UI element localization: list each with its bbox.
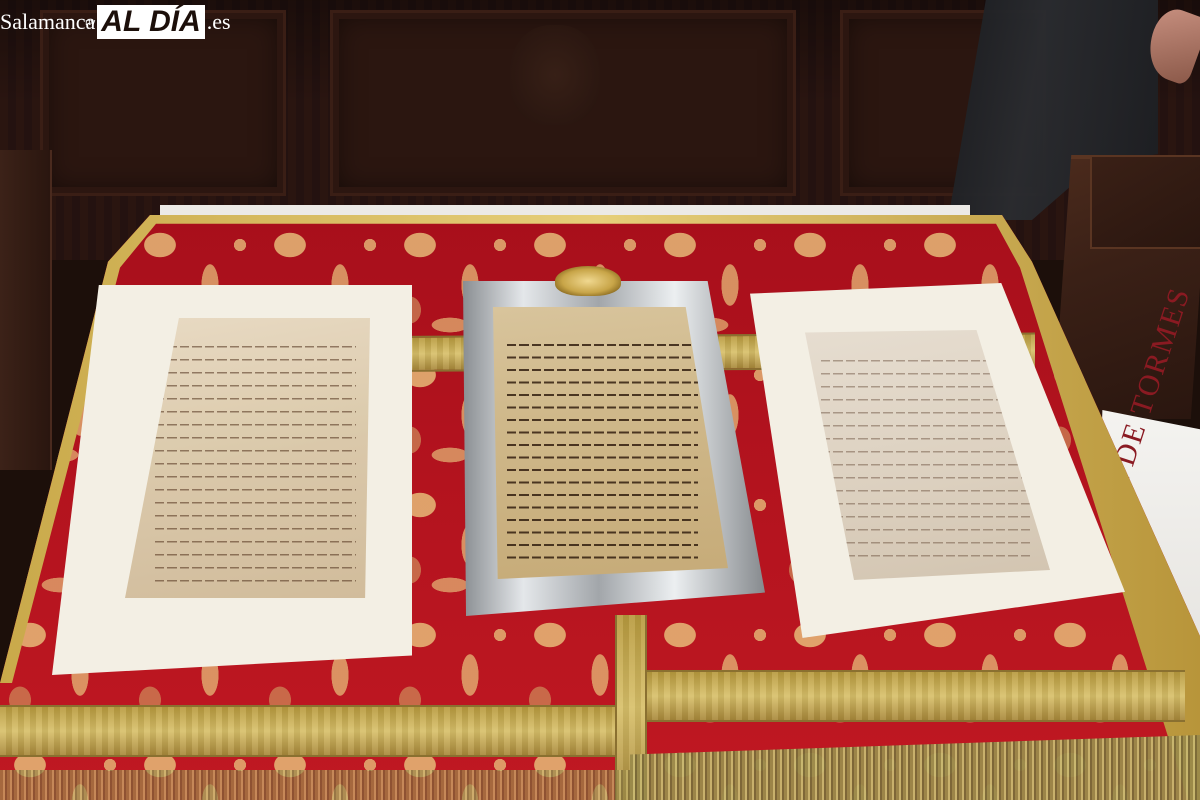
gold-galloon-band <box>640 670 1185 722</box>
gold-fringe <box>0 770 640 800</box>
handwriting-lines <box>507 335 698 567</box>
left-lectern <box>0 150 52 470</box>
watermark-city: Salamanca <box>0 9 95 35</box>
watermark-brand: AL DÍA <box>101 5 200 38</box>
handwriting-lines <box>155 336 356 588</box>
carved-crest <box>510 25 600 125</box>
site-watermark: Salamanca rtv AL DÍA .es <box>0 3 231 41</box>
watermark-tld: .es <box>207 9 231 35</box>
photo-scene: ŁBA DE TORMES Salamanca rtv AL DÍA .es <box>0 0 1200 800</box>
gold-frame-ornament <box>555 266 621 296</box>
right-lectern-top <box>1090 155 1200 249</box>
watermark-superscript: rtv <box>85 5 95 39</box>
gold-galloon-band <box>0 705 625 757</box>
watermark-brand-box: rtv AL DÍA <box>97 5 204 39</box>
